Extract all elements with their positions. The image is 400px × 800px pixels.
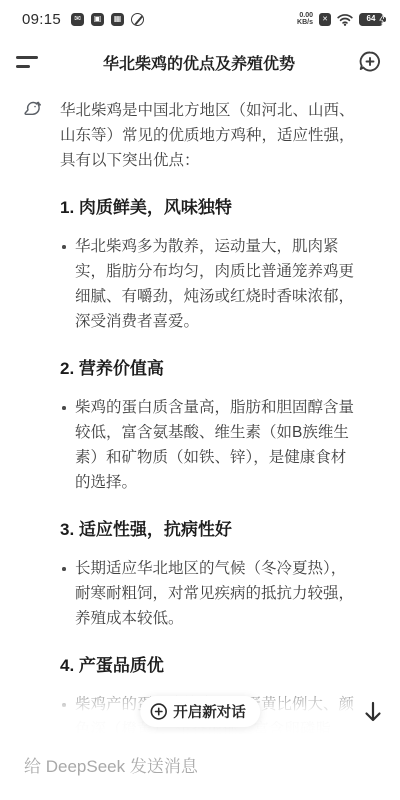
network-speed: 0.00 KB/s [297,12,313,27]
browser-notification-icon [131,13,144,26]
menu-icon[interactable] [16,56,42,67]
new-chat-plus-icon [357,49,383,75]
chat-scroll-area[interactable]: 华北柴鸡是中国北方地区（如河北、山西、 山东等）常见的优质地方鸡种，适应性强， … [0,86,400,734]
bullet-dot [62,703,66,707]
bullet-item: 柴鸡的蛋白质含量高，脂肪和胆固醇含量 较低，富含氨基酸、维生素（如B族维生 素）… [60,395,392,495]
intro-line: 华北柴鸡是中国北方地区（如河北、山西、 [60,98,392,123]
clock: 09:15 [22,11,61,28]
bullet-dot [62,567,66,571]
arrow-down-icon [363,701,383,723]
section-heading-1: 1. 肉质鲜美，风味独特 [60,196,392,220]
bullet-dot [62,245,66,249]
bullet-line: 长期适应华北地区的气候（冬冷夏热）， [75,556,392,581]
bullet-item: 长期适应华北地区的气候（冬冷夏热）， 耐寒耐粗饲，对常见疾病的抵抗力较强， 养殖… [60,556,392,631]
wifi-icon [337,13,353,26]
charging-bolt-icon [379,14,387,25]
message-input[interactable] [24,757,376,777]
section-heading-3: 3. 适应性强，抗病性好 [60,518,392,542]
new-chat-button[interactable] [356,48,384,76]
battery-charging-icon: 64 [359,13,383,26]
mail-notification-icon: ✉ [71,13,84,26]
bullet-line: 耐寒耐粗饲，对常见疾病的抵抗力较强， [75,581,392,606]
app-notification-icon: ▣ [91,13,104,26]
bullet-line: 华北柴鸡多为散养，运动量大，肌肉紧 [75,234,392,259]
scroll-to-bottom-button[interactable] [360,699,386,725]
start-new-chat-label: 开启新对话 [173,701,246,722]
bullet-line: 养殖成本较低。 [75,606,392,631]
section-heading-4: 4. 产蛋品质优 [60,654,392,678]
start-new-chat-button[interactable]: 开启新对话 [140,696,260,727]
intro-line: 具有以下突出优点： [60,148,392,173]
bullet-line: 柴鸡的蛋白质含量高，脂肪和胆固醇含量 [75,395,392,420]
bullet-line: 的选择。 [75,470,392,495]
app-notification-icon-2: ▦ [111,13,124,26]
status-right-icons: 0.00 KB/s ✕ 64 [297,12,386,27]
section-heading-2: 2. 营养价值高 [60,357,392,381]
plus-circle-icon [150,703,167,720]
intro-paragraph: 华北柴鸡是中国北方地区（如河北、山西、 山东等）常见的优质地方鸡种，适应性强， … [60,98,392,173]
bullet-line: 较低，富含氨基酸、维生素（如B族维生 [75,420,392,445]
assistant-message: 华北柴鸡是中国北方地区（如河北、山西、 山东等）常见的优质地方鸡种，适应性强， … [0,86,400,734]
phone-screen: 09:15 ✉ ▣ ▦ 0.00 KB/s ✕ 64 [0,0,400,800]
bullet-item: 华北柴鸡多为散养，运动量大，肌肉紧 实，脂肪分布均匀，肉质比普通笼养鸡更 细腻、… [60,234,392,334]
bullet-dot [62,406,66,410]
notification-icons: ✉ ▣ ▦ [71,13,144,26]
bullet-line: 细腻、有嚼劲，炖汤或红烧时香味浓郁， [75,284,392,309]
chat-title: 华北柴鸡的优点及养殖优势 [42,51,356,74]
bullet-line: 素）和矿物质（如铁、锌），是健康食材 [75,445,392,470]
no-sim-icon: ✕ [319,13,331,26]
bullet-line: 深受消费者喜爱。 [75,309,392,334]
app-header: 华北柴鸡的优点及养殖优势 [0,38,400,86]
bullet-line: 实，脂肪分布均匀，肉质比普通笼养鸡更 [75,259,392,284]
status-bar: 09:15 ✉ ▣ ▦ 0.00 KB/s ✕ 64 [0,0,400,38]
intro-line: 山东等）常见的优质地方鸡种，适应性强， [60,123,392,148]
message-composer [0,734,400,800]
